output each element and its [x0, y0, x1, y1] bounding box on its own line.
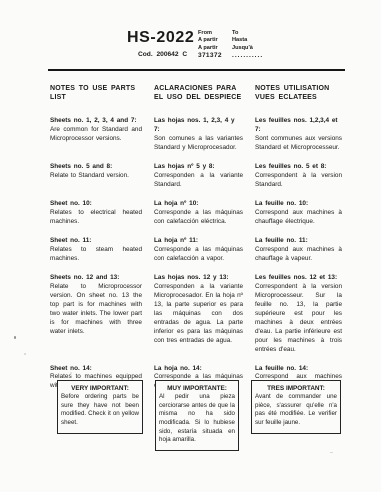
note-body: Corresponden a la variante Microprocesad…	[154, 283, 243, 346]
from-label-es: A partir	[198, 37, 218, 44]
scan-speck	[14, 336, 16, 339]
note-body: Correspond aux machines à chauffage à va…	[255, 246, 342, 264]
to-label-block: To Hasta Jusqu'à	[232, 30, 253, 52]
note-title: Sheet no. 14:	[50, 365, 142, 374]
note-es-sheets-1234-7: Las hojas nos. 1, 2,3, 4 y 7: Son comune…	[154, 117, 243, 153]
note-body: Corresponden a la variante Standard.	[154, 172, 243, 190]
note-body: Son comunes a las variantes Standard y M…	[154, 135, 243, 153]
note-title: Les feuilles no. 5 et 8:	[255, 163, 342, 172]
to-label-es: Hasta	[232, 37, 253, 44]
note-body: Correspondent à la version Microprocesse…	[255, 283, 342, 355]
note-body: Sont communes aux versions Standard et M…	[255, 135, 342, 153]
scan-speck	[330, 452, 333, 453]
important-title: MUY IMPORTANTE:	[159, 385, 235, 392]
note-body: Relate to Standard version.	[50, 172, 142, 181]
note-es-sheets-12-13: Las hojas nos. 12 y 13: Corresponden a l…	[154, 274, 243, 355]
important-body: Al pedir una pieza cerciorarse antes de …	[159, 393, 235, 445]
scan-speck	[24, 353, 26, 355]
note-body: Relates to electrical heated machines.	[50, 209, 142, 227]
important-body: Before ordering parts be sure they have …	[61, 393, 139, 428]
to-serial-value: ...........	[232, 52, 263, 59]
note-title: La hoja nº 10:	[154, 200, 243, 209]
important-title: TRES IMPORTANT:	[255, 385, 337, 392]
note-title: Sheet no. 11:	[50, 237, 142, 246]
model-number: HS-2022	[127, 29, 194, 47]
important-box-es: MUY IMPORTANTE: Al pedir una pieza cerci…	[155, 380, 239, 451]
note-fr-sheets-5-8: Les feuilles no. 5 et 8: Correspondent à…	[255, 163, 342, 190]
to-label-fr: Jusqu'à	[232, 45, 253, 52]
note-title: Las hojas nos. 12 y 13:	[154, 274, 243, 283]
note-title: La feuille no. 14:	[255, 365, 342, 374]
note-body: Are common for Standard and Microprocess…	[50, 126, 142, 144]
note-fr-sheets-12-13: Les feuilles nos. 12 et 13: Corresponden…	[255, 274, 342, 355]
note-title: Sheets no. 1, 2, 3, 4 and 7:	[50, 117, 142, 126]
note-body: Corresponde a las máquinas con calefacci…	[154, 209, 243, 227]
note-body: Correspond aux machines à chauffage élec…	[255, 209, 342, 227]
scan-speck	[70, 372, 72, 374]
important-body: Avant de commander une pièce, s'assurer …	[255, 393, 337, 428]
from-serial-value: 371372	[198, 52, 222, 59]
note-en-sheets-12-13: Sheets no. 12 and 13: Relate to Micropro…	[50, 274, 142, 355]
note-title: La feuille no. 11:	[255, 237, 342, 246]
note-title: La hoja nº 11:	[154, 237, 243, 246]
note-body: Correspondent à la version Standard.	[255, 172, 342, 190]
note-title: La feuille no. 10:	[255, 200, 342, 209]
note-body: Corresponde a las máquinas con calefacci…	[154, 246, 243, 264]
note-en-sheet-10: Sheet no. 10: Relates to electrical heat…	[50, 200, 142, 227]
note-title: La hoja no. 14:	[154, 365, 243, 374]
column-heading-fr: NOTES UTILISATION VUES ECLATEES	[255, 84, 342, 102]
note-body: Relate to Microprocessor version. On she…	[50, 283, 142, 337]
column-heading-en: NOTES TO USE PARTS LIST	[50, 84, 142, 102]
notes-grid: NOTES TO USE PARTS LIST ACLARACIONES PAR…	[50, 84, 342, 401]
from-label-block: From A partir A partir	[198, 30, 218, 52]
note-title: Sheets no. 5 and 8:	[50, 163, 142, 172]
important-title: VERY IMPORTANT:	[61, 385, 139, 392]
document-page: HS-2022 From A partir A partir To Hasta …	[0, 0, 381, 492]
note-fr-sheets-1234-7: Les feuilles nos. 1,2,3,4 et 7: Sont com…	[255, 117, 342, 153]
note-es-sheets-5-8: Las hojas nº 5 y 8: Corresponden a la va…	[154, 163, 243, 190]
to-label-en: To	[232, 30, 253, 37]
header-divider	[48, 69, 345, 71]
note-en-sheets-5-8: Sheets no. 5 and 8: Relate to Standard v…	[50, 163, 142, 190]
note-fr-sheet-11: La feuille no. 11: Correspond aux machin…	[255, 237, 342, 264]
note-body: Relates to steam heated machines.	[50, 246, 142, 264]
note-title: Las hojas nos. 1, 2,3, 4 y 7:	[154, 117, 243, 135]
note-title: Sheet no. 10:	[50, 200, 142, 209]
note-en-sheets-1234-7: Sheets no. 1, 2, 3, 4 and 7: Are common …	[50, 117, 142, 153]
important-box-fr: TRES IMPORTANT: Avant de commander une p…	[251, 380, 341, 434]
note-title: Las hojas nº 5 y 8:	[154, 163, 243, 172]
note-en-sheet-11: Sheet no. 11: Relates to steam heated ma…	[50, 237, 142, 264]
important-boxes-row: VERY IMPORTANT: Before ordering parts be…	[57, 380, 342, 451]
note-fr-sheet-10: La feuille no. 10: Correspond aux machin…	[255, 200, 342, 227]
important-box-en: VERY IMPORTANT: Before ordering parts be…	[57, 380, 143, 434]
note-title: Les feuilles nos. 1,2,3,4 et 7:	[255, 117, 342, 135]
from-label-en: From	[198, 30, 218, 37]
column-heading-es: ACLARACIONES PARA EL USO DEL DESPIECE	[154, 84, 243, 102]
note-es-sheet-11: La hoja nº 11: Corresponde a las máquina…	[154, 237, 243, 264]
document-code: Cod. 200642 C	[138, 51, 187, 58]
note-title: Les feuilles nos. 12 et 13:	[255, 274, 342, 283]
note-title: Sheets no. 12 and 13:	[50, 274, 142, 283]
note-es-sheet-10: La hoja nº 10: Corresponde a las máquina…	[154, 200, 243, 227]
from-label-fr: A partir	[198, 45, 218, 52]
